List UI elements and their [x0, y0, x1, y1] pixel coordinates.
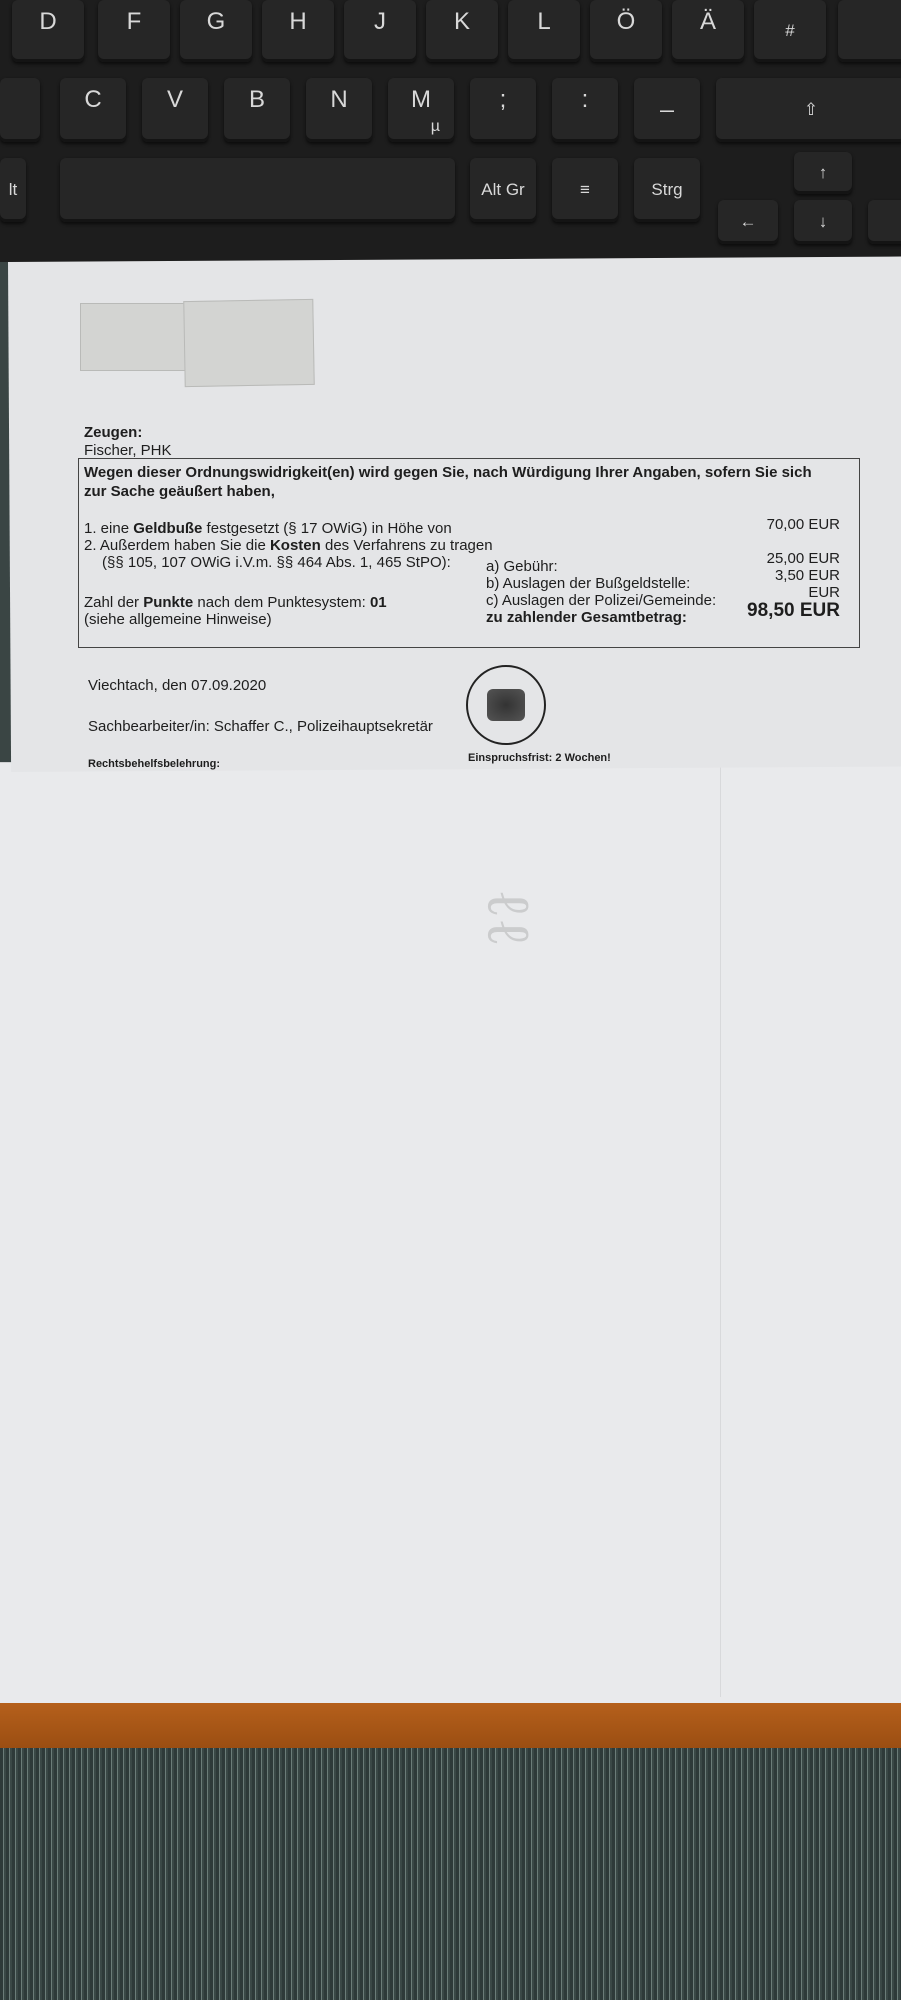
- tape-left: [80, 303, 186, 371]
- key-alt: lt: [0, 158, 26, 222]
- costs-line: 2. Außerdem haben Sie die Kosten des Ver…: [84, 537, 493, 554]
- folded-sheet: ℓℓ: [0, 762, 901, 1703]
- fabric-surface: [0, 1748, 901, 2000]
- points-line: Zahl der Punkte nach dem Punktesystem: 0…: [84, 594, 387, 611]
- key-altgr: Alt Gr: [470, 158, 536, 222]
- arrow-up-icon: ↑: [794, 152, 852, 194]
- arrow-left-icon: ←: [718, 200, 778, 244]
- shift-icon: ⇧: [804, 100, 818, 120]
- fee-b-label: b) Auslagen der Bußgeldstelle:: [486, 575, 690, 592]
- place-date: Viechtach, den 07.09.2020: [88, 677, 266, 694]
- key-l: L: [508, 0, 580, 62]
- arrow-down-icon: ↓: [794, 200, 852, 244]
- costs-law: (§§ 105, 107 OWiG i.V.m. §§ 464 Abs. 1, …: [102, 554, 451, 571]
- fee-c-amount: EUR: [740, 584, 840, 601]
- key-b: B: [224, 78, 290, 142]
- official-stamp: [466, 665, 546, 745]
- key-o-umlaut: Ö: [590, 0, 662, 62]
- key-space: [60, 158, 455, 222]
- clerk: Sachbearbeiter/in: Schaffer C., Polizeih…: [88, 718, 433, 735]
- keyboard: D F G H J K L Ö Ä # C V B N Mµ ; : _ ⇧ l…: [0, 0, 901, 262]
- fee-a-amount: 25,00 EUR: [740, 550, 840, 567]
- key-m-sub: µ: [431, 118, 440, 136]
- bleed-through-handwriting: ℓℓ: [474, 889, 544, 946]
- tape-right: [183, 299, 314, 387]
- points-bold: Punkte: [143, 594, 193, 611]
- fold-line: [720, 762, 721, 1697]
- key-hash: #: [754, 0, 826, 62]
- key-a-umlaut: Ä: [672, 0, 744, 62]
- key-j: J: [344, 0, 416, 62]
- total-amount: 98,50 EUR: [700, 600, 840, 622]
- key-colon-label: :: [582, 86, 589, 114]
- key-shift: ⇧: [716, 78, 901, 142]
- key-strg: Strg: [634, 158, 700, 222]
- menu-key-icon: ≡: [552, 158, 618, 222]
- points-value: 01: [370, 594, 387, 611]
- key-underscore: _: [634, 78, 700, 142]
- fee-c-label: c) Auslagen der Polizei/Gemeinde:: [486, 592, 716, 609]
- points-post: nach dem Punktesystem:: [193, 594, 370, 611]
- key-m-label: M: [411, 86, 431, 114]
- wooden-edge: [0, 1698, 901, 1750]
- key-n: N: [306, 78, 372, 142]
- fee-b-amount: 3,50 EUR: [740, 567, 840, 584]
- costs-bold: Kosten: [270, 537, 321, 554]
- key-v: V: [142, 78, 208, 142]
- key-d: D: [12, 0, 84, 62]
- fee-a-label: a) Gebühr:: [486, 558, 558, 575]
- costs-pre: 2. Außerdem haben Sie die: [84, 537, 270, 554]
- coat-of-arms-icon: [487, 689, 525, 721]
- key-c: C: [60, 78, 126, 142]
- objection-deadline: Einspruchsfrist: 2 Wochen!: [468, 750, 611, 767]
- penalty-intro: Wegen dieser Ordnungswidrigkeit(en) wird…: [84, 464, 812, 481]
- points-note: (siehe allgemeine Hinweise): [84, 611, 272, 628]
- witnesses-label: Zeugen:: [84, 424, 142, 441]
- key-x: [0, 78, 40, 142]
- costs-post: des Verfahrens zu tragen: [321, 537, 493, 554]
- penalty-intro-2: zur Sache geäußert haben,: [84, 483, 275, 500]
- legal-remedy-label: Rechtsbehelfsbelehrung:: [88, 756, 220, 773]
- total-label: zu zahlender Gesamtbetrag:: [486, 609, 687, 626]
- key-m: Mµ: [388, 78, 454, 142]
- key-h: H: [262, 0, 334, 62]
- key-semicolon-label: ;: [500, 86, 507, 114]
- fine-line: 1. eine Geldbuße festgesetzt (§ 17 OWiG)…: [84, 520, 452, 537]
- fine-bold: Geldbuße: [133, 520, 202, 537]
- key-g: G: [180, 0, 252, 62]
- fine-pre: 1. eine: [84, 520, 133, 537]
- key-k: K: [426, 0, 498, 62]
- fine-post: festgesetzt (§ 17 OWiG) in Höhe von: [202, 520, 451, 537]
- witness-name: Fischer, PHK: [84, 442, 172, 459]
- key-f: F: [98, 0, 170, 62]
- points-pre: Zahl der: [84, 594, 143, 611]
- fine-amount: 70,00 EUR: [740, 516, 840, 533]
- arrow-right-icon: [868, 200, 901, 244]
- key-colon: :: [552, 78, 618, 142]
- key-semicolon: ;: [470, 78, 536, 142]
- key-enter: [838, 0, 901, 62]
- key-underscore-label: _: [660, 86, 673, 114]
